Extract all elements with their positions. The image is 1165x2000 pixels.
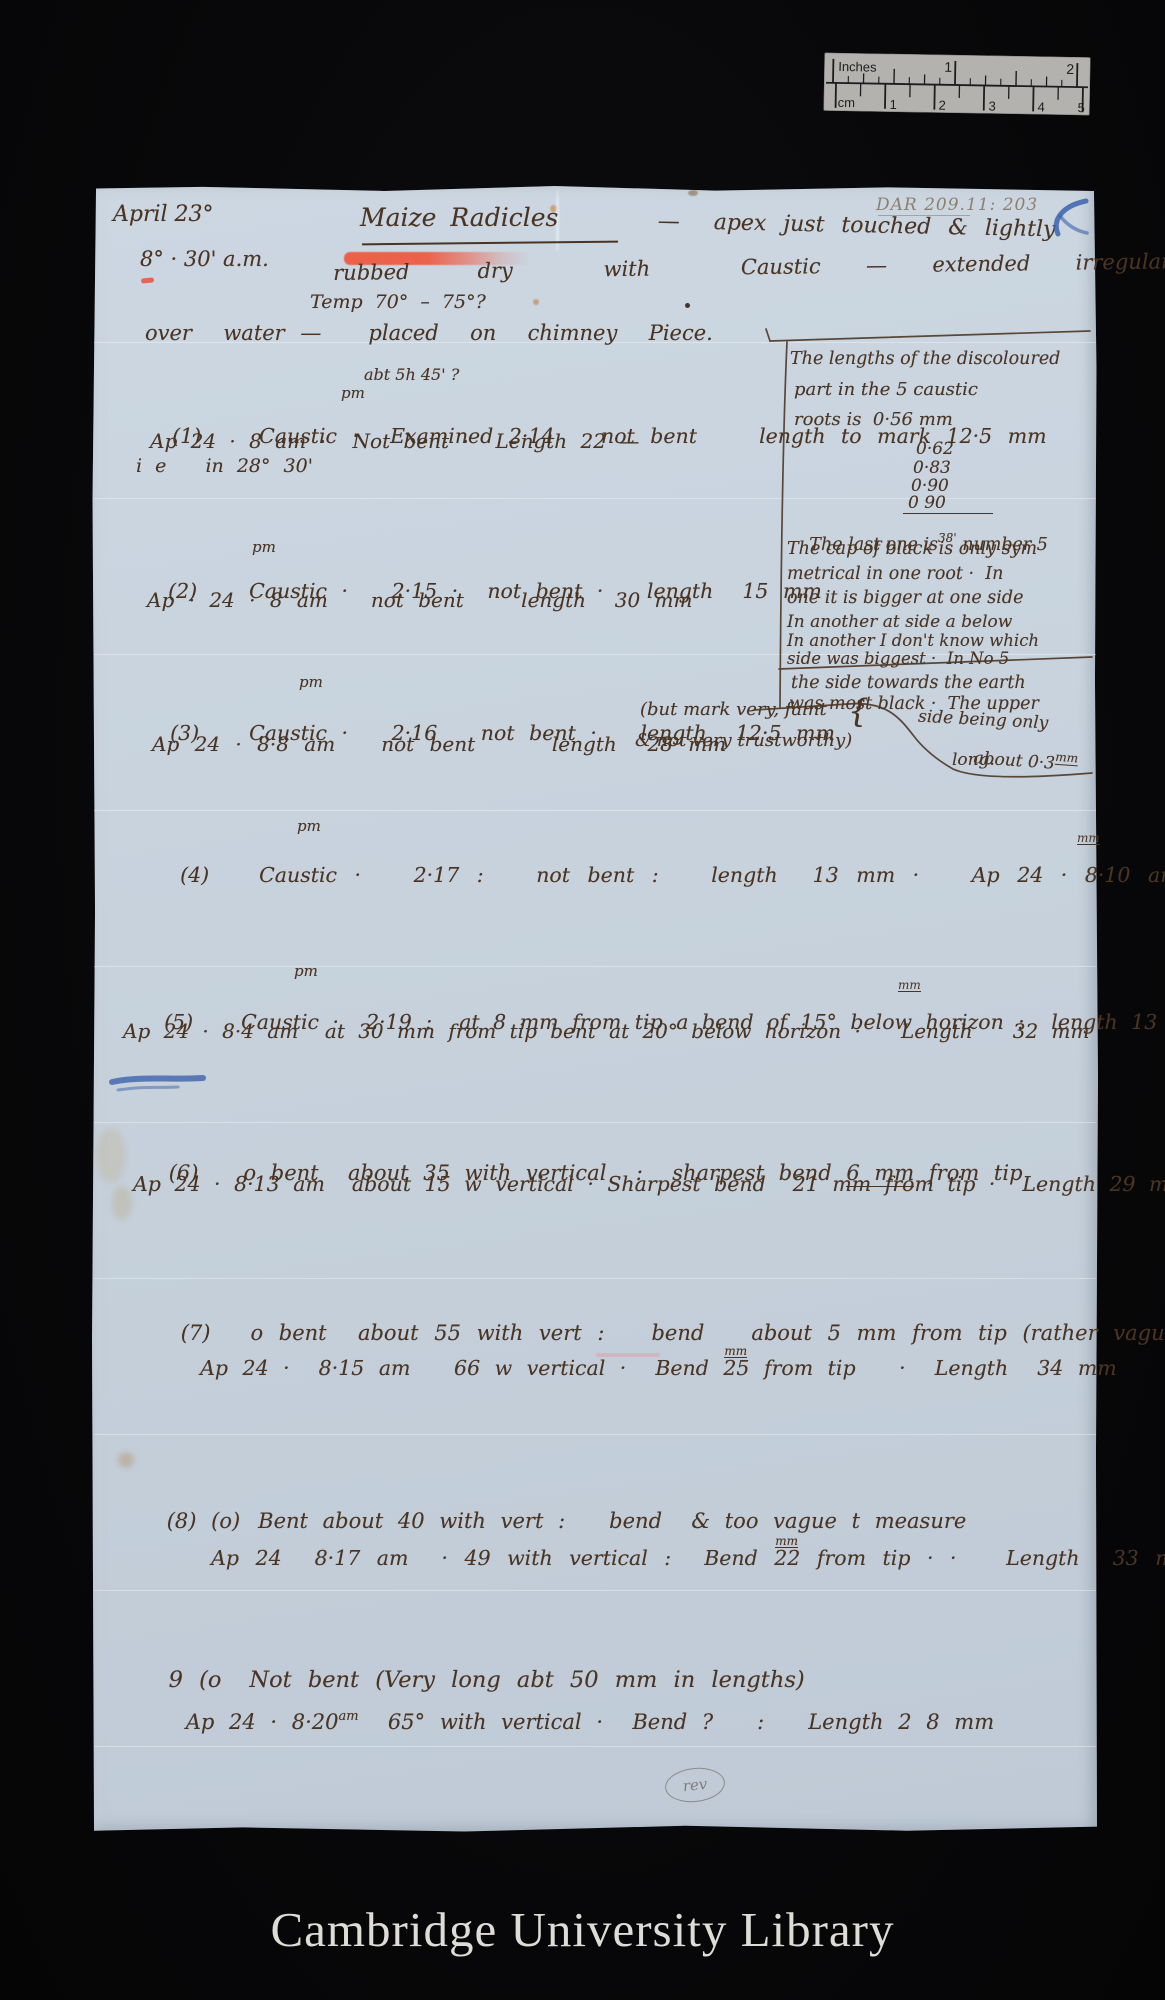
header-time: 8° · 30' a.m. bbox=[140, 248, 269, 272]
entry-8-line-2: Ap 24 8·17 am · 49 with vertical : Bend … bbox=[145, 1524, 1165, 1593]
rev-stamp-label: rev bbox=[682, 1775, 708, 1795]
scan-background: Inches 1 2 cm 1 2 3 4 5 DAR 209.11: 203 bbox=[0, 0, 1165, 2000]
entry-1-line-2: Ap 24 · 8 am · Not bent · Length 22 — bbox=[150, 430, 639, 452]
ruler-cm-number: 4 bbox=[1037, 99, 1044, 114]
sup-am: am bbox=[339, 1709, 359, 1724]
side-note-line: long. bbox=[952, 751, 995, 770]
paper-rule-line bbox=[94, 1278, 1096, 1279]
side-note-line: In another I don't know which bbox=[787, 632, 1039, 650]
entry-4-pm: pm bbox=[297, 818, 321, 835]
side-note-line: roots is 0·56 mm bbox=[794, 410, 953, 430]
catalogue-reference: DAR 209.11: 203 bbox=[876, 196, 1038, 215]
paper-rule-line bbox=[94, 966, 1096, 967]
measurement-ruler: Inches 1 2 cm 1 2 3 4 5 bbox=[824, 53, 1091, 116]
paper-rule-line bbox=[94, 1122, 1096, 1123]
ruler-inch-number: 1 bbox=[944, 59, 952, 75]
side-note-line: the side towards the earth bbox=[791, 674, 1026, 694]
header-temperature: Temp 70° – 75°? bbox=[310, 292, 486, 313]
ruler-cm-number: 1 bbox=[890, 97, 897, 112]
ruler-inches-label: Inches bbox=[838, 59, 877, 75]
paper-stain bbox=[118, 1452, 134, 1468]
entry-2-line-2: Ap · 24 · 8 am not bent length 30 mm bbox=[147, 589, 692, 611]
page-title: Maize Radicles bbox=[360, 204, 558, 232]
side-note-line: metrical in one root · In bbox=[787, 565, 1003, 585]
entry-7-line-2: Ap 24 · 8·15 am 66 w vertical · Bend mm2… bbox=[142, 1334, 1117, 1403]
paper-stain bbox=[533, 299, 539, 305]
entry-1-line-3: i e in 28° 30' bbox=[136, 456, 313, 477]
entry-3-pm: pm bbox=[299, 674, 323, 691]
side-note-line: In another at side a below bbox=[787, 613, 1012, 632]
entry-5-line-2: Ap 24 · 8·4 am at 30 mm from tip bent at… bbox=[123, 1020, 1089, 1042]
entry-6-line-2: Ap 24 · 8·13 am about 15 w vertical · Sh… bbox=[133, 1173, 1165, 1196]
sup-mm: mm bbox=[724, 1345, 747, 1358]
side-note-value: 0·62 bbox=[916, 440, 954, 459]
entry-1-pm: pm bbox=[341, 385, 365, 402]
sup-mm: mm bbox=[1055, 750, 1079, 767]
entry-5-sup-mm: mm bbox=[898, 979, 921, 992]
ruler-cm-number: 3 bbox=[988, 99, 995, 114]
entry-2-pm: pm bbox=[252, 539, 276, 556]
ruler-cm-number: 5 bbox=[1077, 100, 1084, 115]
ink-dot bbox=[685, 303, 690, 308]
side-note-line: side was biggest · In No 5 bbox=[787, 650, 1009, 668]
entry-5-pm: pm bbox=[294, 963, 318, 980]
paper-rule-line bbox=[94, 810, 1096, 811]
side-note-line: part in the 5 caustic bbox=[794, 380, 978, 400]
entry-number: (4) bbox=[180, 864, 209, 887]
ruler-cm-number: 2 bbox=[938, 98, 945, 113]
entry-9-line-2: Ap 24 · 8·20am 65° with vertical · Bend … bbox=[127, 1686, 994, 1758]
paper-stain bbox=[688, 190, 698, 196]
ruler-inch-number: 2 bbox=[1066, 61, 1074, 77]
entry-1-sup-time: abt 5h 45' ? bbox=[364, 366, 459, 384]
paper-rule-line bbox=[94, 1434, 1096, 1435]
side-note-value: 0 90 bbox=[908, 494, 946, 513]
side-note-line: The cap of black is only sym bbox=[787, 540, 1037, 560]
faint-red-mark bbox=[596, 1353, 660, 1357]
header-line-4: over water — placed on chimney Piece. bbox=[145, 322, 713, 346]
entry-4-line-1: (4)Caustic · 2·17 : not bent : length 13… bbox=[110, 841, 1165, 910]
entry-4-sup-mm: mm bbox=[1077, 832, 1100, 845]
ruler-cm-label: cm bbox=[838, 95, 856, 110]
side-note-line: The lengths of the discoloured bbox=[790, 350, 1060, 370]
footer-library-name: Cambridge University Library bbox=[0, 1901, 1165, 1958]
entry-3-note-2: & not very trustworthy) bbox=[635, 731, 852, 751]
sup-mm: mm bbox=[775, 1535, 798, 1548]
side-note-line: one it is bigger at one side bbox=[787, 589, 1023, 609]
header-date: April 23° bbox=[113, 203, 214, 228]
